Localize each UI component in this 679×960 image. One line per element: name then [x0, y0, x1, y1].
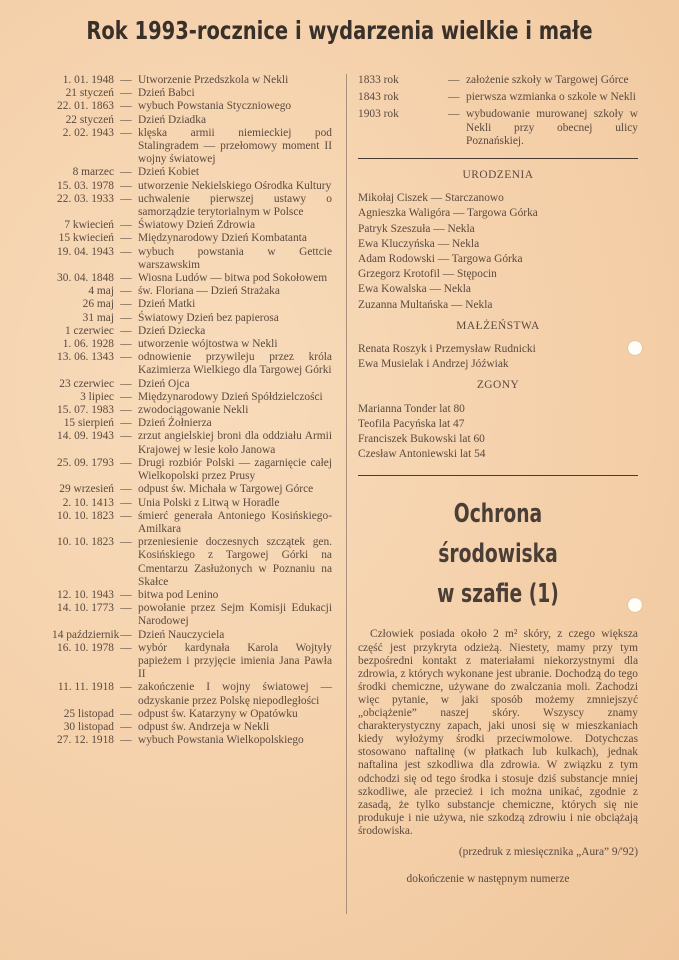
dash: —: [114, 219, 138, 232]
dash: —: [114, 87, 138, 100]
dash: —: [114, 127, 138, 167]
event-row: 25. 09. 1793—Drugi rozbiór Polski — zaga…: [52, 457, 332, 483]
event-date: 14. 09. 1943: [52, 430, 114, 456]
punch-hole: [628, 341, 642, 355]
section-divider: [358, 475, 638, 476]
dash: —: [114, 100, 138, 113]
dash: —: [448, 91, 466, 104]
event-row: 15 kwiecień—Międzynarodowy Dzień Kombata…: [52, 232, 332, 245]
dash: —: [114, 325, 138, 338]
event-date: 19. 04. 1943: [52, 246, 114, 272]
event-row: 30 listopad—odpust św. Andrzeja w Nekli: [52, 721, 332, 734]
event-date: 22 styczeń: [52, 114, 114, 127]
event-date: 31 maj: [52, 312, 114, 325]
dash: —: [114, 602, 138, 628]
event-date: 25. 09. 1793: [52, 457, 114, 483]
event-description: klęska armii niemieckiej pod Stalingrade…: [138, 127, 332, 167]
event-description: Dzień Dziecka: [138, 325, 332, 338]
history-description: założenie szkoły w Targowej Górce: [466, 74, 638, 87]
dash: —: [114, 114, 138, 127]
event-description: Dzień Matki: [138, 298, 332, 311]
history-year: 1903 rok: [358, 108, 448, 148]
dash: —: [114, 193, 138, 219]
event-row: 12. 10. 1943—bitwa pod Lenino: [52, 589, 332, 602]
event-row: 22 styczeń—Dzień Dziadka: [52, 114, 332, 127]
dash: —: [114, 430, 138, 456]
event-row: 1 czerwiec—Dzień Dziecka: [52, 325, 332, 338]
event-row: 22. 03. 1933—uchwalenie pierwszej ustawy…: [52, 193, 332, 219]
dash: —: [114, 721, 138, 734]
school-history-row: 1843 rok—pierwsza wzmianka o szkole w Ne…: [358, 91, 638, 104]
event-description: Utworzenie Przedszkola w Nekli: [138, 74, 332, 87]
school-history-row: 1903 rok—wybudowanie murowanej szkoły w …: [358, 108, 638, 148]
event-description: wybór kardynała Karola Wojtyły papieżem …: [138, 642, 332, 682]
event-description: odpust św. Andrzeja w Nekli: [138, 721, 332, 734]
dash: —: [114, 510, 138, 536]
marriage-entry: Renata Roszyk i Przemysław Rudnicki: [358, 343, 638, 356]
dash: —: [114, 338, 138, 351]
dash: —: [114, 629, 138, 642]
event-date: 25 listopad: [52, 708, 114, 721]
event-row: 4 maj—św. Floriana — Dzień Strażaka: [52, 285, 332, 298]
event-description: utworzenie wójtostwa w Nekli: [138, 338, 332, 351]
event-description: zwodociągowanie Nekli: [138, 404, 332, 417]
event-date: 30 listopad: [52, 721, 114, 734]
event-date: 26 maj: [52, 298, 114, 311]
event-date: 3 lipiec: [52, 391, 114, 404]
event-description: Dzień Kobiet: [138, 166, 332, 179]
event-row: 3 lipiec—Międzynarodowy Dzień Spółdzielc…: [52, 391, 332, 404]
event-date: 10. 10. 1823: [52, 536, 114, 589]
event-date: 15 kwiecień: [52, 232, 114, 245]
event-description: wybuch Powstania Wielkopolskiego: [138, 734, 332, 747]
event-date: 22. 01. 1863: [52, 100, 114, 113]
dash: —: [114, 404, 138, 417]
birth-entry: Agnieszka Waligóra — Targowa Górka: [358, 207, 638, 220]
section-divider: [358, 158, 638, 159]
event-description: Światowy Dzień Zdrowia: [138, 219, 332, 232]
event-description: Drugi rozbiór Polski — zagarnięcie całej…: [138, 457, 332, 483]
event-row: 27. 12. 1918—wybuch Powstania Wielkopols…: [52, 734, 332, 747]
dash: —: [114, 166, 138, 179]
event-row: 14. 10. 1773—powołanie przez Sejm Komisj…: [52, 602, 332, 628]
event-date: 11. 11. 1918: [52, 681, 114, 707]
event-row: 2. 02. 1943—klęska armii niemieckiej pod…: [52, 127, 332, 167]
history-description: pierwsza wzmianka o szkole w Nekli: [466, 91, 638, 104]
event-date: 15. 03. 1978: [52, 180, 114, 193]
dash: —: [114, 681, 138, 707]
event-description: wybuch Powstania Styczniowego: [138, 100, 332, 113]
event-description: śmierć generała Antoniego Kosińskiego-Am…: [138, 510, 332, 536]
event-row: 15 sierpień—Dzień Żołnierza: [52, 417, 332, 430]
event-row: 8 marzec—Dzień Kobiet: [52, 166, 332, 179]
event-date: 1. 01. 1948: [52, 74, 114, 87]
event-description: Dzień Babci: [138, 87, 332, 100]
event-description: Międzynarodowy Dzień Kombatanta: [138, 232, 332, 245]
event-date: 15 sierpień: [52, 417, 114, 430]
event-description: zakończenie I wojny światowej — odzyskan…: [138, 681, 332, 707]
event-description: zrzut angielskiej broni dla oddziału Arm…: [138, 430, 332, 456]
dash: —: [114, 246, 138, 272]
dash: —: [114, 536, 138, 589]
event-date: 8 marzec: [52, 166, 114, 179]
dash: —: [114, 497, 138, 510]
event-row: 22. 01. 1863—wybuch Powstania Styczniowe…: [52, 100, 332, 113]
dash: —: [114, 298, 138, 311]
event-description: odpust św. Katarzyny w Opatówku: [138, 708, 332, 721]
newspaper-page: Rok 1993-rocznice i wydarzenia wielkie i…: [0, 0, 679, 960]
event-description: wybuch powstania w Gettcie warszawskim: [138, 246, 332, 272]
right-column: 1833 rok—założenie szkoły w Targowej Gór…: [358, 74, 638, 886]
dash: —: [114, 232, 138, 245]
anniversaries-list: 1. 01. 1948—Utworzenie Przedszkola w Nek…: [52, 74, 332, 747]
dash: —: [114, 378, 138, 391]
event-row: 10. 10. 1823—śmierć generała Antoniego K…: [52, 510, 332, 536]
births-heading: URODZENIA: [358, 169, 638, 182]
event-date: 21 styczeń: [52, 87, 114, 100]
dash: —: [114, 180, 138, 193]
event-date: 2. 10. 1413: [52, 497, 114, 510]
event-date: 22. 03. 1933: [52, 193, 114, 219]
dash: —: [114, 642, 138, 682]
dash: —: [114, 272, 138, 285]
event-date: 13. 06. 1343: [52, 351, 114, 377]
death-entry: Teofila Pacyńska lat 47: [358, 418, 638, 431]
event-row: 14 październik—Dzień Nauczyciela: [52, 629, 332, 642]
event-row: 15. 03. 1978—utworzenie Nekielskiego Ośr…: [52, 180, 332, 193]
event-description: Dzień Dziadka: [138, 114, 332, 127]
dash: —: [448, 108, 466, 148]
event-date: 4 maj: [52, 285, 114, 298]
event-description: odnowienie przywileju przez króla Kazimi…: [138, 351, 332, 377]
dash: —: [114, 734, 138, 747]
event-date: 7 kwiecień: [52, 219, 114, 232]
dash: —: [448, 74, 466, 87]
event-date: 1 czerwiec: [52, 325, 114, 338]
deaths-list: Marianna Tonder lat 80Teofila Pacyńska l…: [358, 403, 638, 462]
event-date: 27. 12. 1918: [52, 734, 114, 747]
event-row: 1. 06. 1928—utworzenie wójtostwa w Nekli: [52, 338, 332, 351]
births-list: Mikołaj Ciszek — StarczanowoAgnieszka Wa…: [358, 192, 638, 312]
event-date: 16. 10. 1978: [52, 642, 114, 682]
dash: —: [114, 483, 138, 496]
event-description: Dzień Nauczyciela: [138, 629, 332, 642]
event-date: 14. 10. 1773: [52, 602, 114, 628]
event-row: 1. 01. 1948—Utworzenie Przedszkola w Nek…: [52, 74, 332, 87]
event-date: 29 wrzesień: [52, 483, 114, 496]
event-date: 10. 10. 1823: [52, 510, 114, 536]
event-description: odpust św. Michała w Targowej Górce: [138, 483, 332, 496]
event-row: 7 kwiecień—Światowy Dzień Zdrowia: [52, 219, 332, 232]
event-description: utworzenie Nekielskiego Ośrodka Kultury: [138, 180, 332, 193]
dash: —: [114, 312, 138, 325]
event-row: 21 styczeń—Dzień Babci: [52, 87, 332, 100]
event-row: 29 wrzesień—odpust św. Michała w Targowe…: [52, 483, 332, 496]
birth-entry: Ewa Kluczyńska — Nekla: [358, 238, 638, 251]
event-description: bitwa pod Lenino: [138, 589, 332, 602]
event-row: 10. 10. 1823—przeniesienie doczesnych sz…: [52, 536, 332, 589]
event-row: 23 czerwiec—Dzień Ojca: [52, 378, 332, 391]
marriages-heading: MAŁŻEŃSTWA: [358, 320, 638, 333]
dash: —: [114, 589, 138, 602]
school-history: 1833 rok—założenie szkoły w Targowej Gór…: [358, 74, 638, 148]
dash: —: [114, 708, 138, 721]
dash: —: [114, 457, 138, 483]
death-entry: Czesław Antoniewski lat 54: [358, 448, 638, 461]
event-date: 30. 04. 1848: [52, 272, 114, 285]
article-body: Człowiek posiada około 2 m² skóry, z cze…: [358, 628, 638, 838]
birth-entry: Adam Rodowski — Targowa Górka: [358, 253, 638, 266]
event-row: 11. 11. 1918—zakończenie I wojny światow…: [52, 681, 332, 707]
birth-entry: Zuzanna Multańska — Nekla: [358, 299, 638, 312]
dash: —: [114, 285, 138, 298]
dash: —: [114, 391, 138, 404]
deaths-heading: ZGONY: [358, 379, 638, 392]
birth-entry: Mikołaj Ciszek — Starczanowo: [358, 192, 638, 205]
event-row: 2. 10. 1413—Unia Polski z Litwą w Horadl…: [52, 497, 332, 510]
death-entry: Franciszek Bukowski lat 60: [358, 433, 638, 446]
dash: —: [114, 351, 138, 377]
event-row: 19. 04. 1943—wybuch powstania w Gettcie …: [52, 246, 332, 272]
event-description: Unia Polski z Litwą w Horadle: [138, 497, 332, 510]
birth-entry: Patryk Szeszuła — Nekla: [358, 223, 638, 236]
continued-note: dokończenie w następnym numerze: [338, 873, 638, 886]
birth-entry: Ewa Kowalska — Nekla: [358, 283, 638, 296]
event-description: powołanie przez Sejm Komisji Edukacji Na…: [138, 602, 332, 628]
history-year: 1833 rok: [358, 74, 448, 87]
event-date: 12. 10. 1943: [52, 589, 114, 602]
event-row: 16. 10. 1978—wybór kardynała Karola Wojt…: [52, 642, 332, 682]
article-title-line1: Ochrona środowiska: [397, 494, 599, 574]
history-description: wybudowanie murowanej szkoły w Nekli prz…: [466, 108, 638, 148]
column-divider: [346, 74, 347, 914]
event-row: 31 maj—Światowy Dzień bez papierosa: [52, 312, 332, 325]
school-history-row: 1833 rok—założenie szkoły w Targowej Gór…: [358, 74, 638, 87]
event-description: Wiosna Ludów — bitwa pod Sokołowem: [138, 272, 332, 285]
event-date: 23 czerwiec: [52, 378, 114, 391]
page-title: Rok 1993-rocznice i wydarzenia wielkie i…: [75, 16, 605, 45]
event-date: 15. 07. 1983: [52, 404, 114, 417]
event-description: Międzynarodowy Dzień Spółdzielczości: [138, 391, 332, 404]
event-date: 2. 02. 1943: [52, 127, 114, 167]
event-row: 30. 04. 1848—Wiosna Ludów — bitwa pod So…: [52, 272, 332, 285]
event-description: uchwalenie pierwszej ustawy o samorządzi…: [138, 193, 332, 219]
article-source: (przedruk z miesięcznika „Aura” 9/'92): [358, 846, 638, 859]
death-entry: Marianna Tonder lat 80: [358, 403, 638, 416]
dash: —: [114, 74, 138, 87]
article-title-line2: w szafie (1): [397, 574, 599, 614]
article-title: Ochrona środowiska w szafie (1): [397, 494, 599, 614]
event-description: Dzień Żołnierza: [138, 417, 332, 430]
event-row: 14. 09. 1943—zrzut angielskiej broni dla…: [52, 430, 332, 456]
event-date: 14 październik: [52, 629, 114, 642]
event-description: przeniesienie doczesnych szczątek gen. K…: [138, 536, 332, 589]
event-date: 1. 06. 1928: [52, 338, 114, 351]
event-row: 15. 07. 1983—zwodociągowanie Nekli: [52, 404, 332, 417]
event-row: 25 listopad—odpust św. Katarzyny w Opató…: [52, 708, 332, 721]
event-row: 13. 06. 1343—odnowienie przywileju przez…: [52, 351, 332, 377]
punch-hole: [628, 598, 642, 612]
dash: —: [114, 417, 138, 430]
marriage-entry: Ewa Musielak i Andrzej Jóźwiak: [358, 358, 638, 371]
event-description: Dzień Ojca: [138, 378, 332, 391]
birth-entry: Grzegorz Krotofil — Stępocin: [358, 268, 638, 281]
history-year: 1843 rok: [358, 91, 448, 104]
event-row: 26 maj—Dzień Matki: [52, 298, 332, 311]
event-description: św. Floriana — Dzień Strażaka: [138, 285, 332, 298]
marriages-list: Renata Roszyk i Przemysław RudnickiEwa M…: [358, 343, 638, 371]
event-description: Światowy Dzień bez papierosa: [138, 312, 332, 325]
